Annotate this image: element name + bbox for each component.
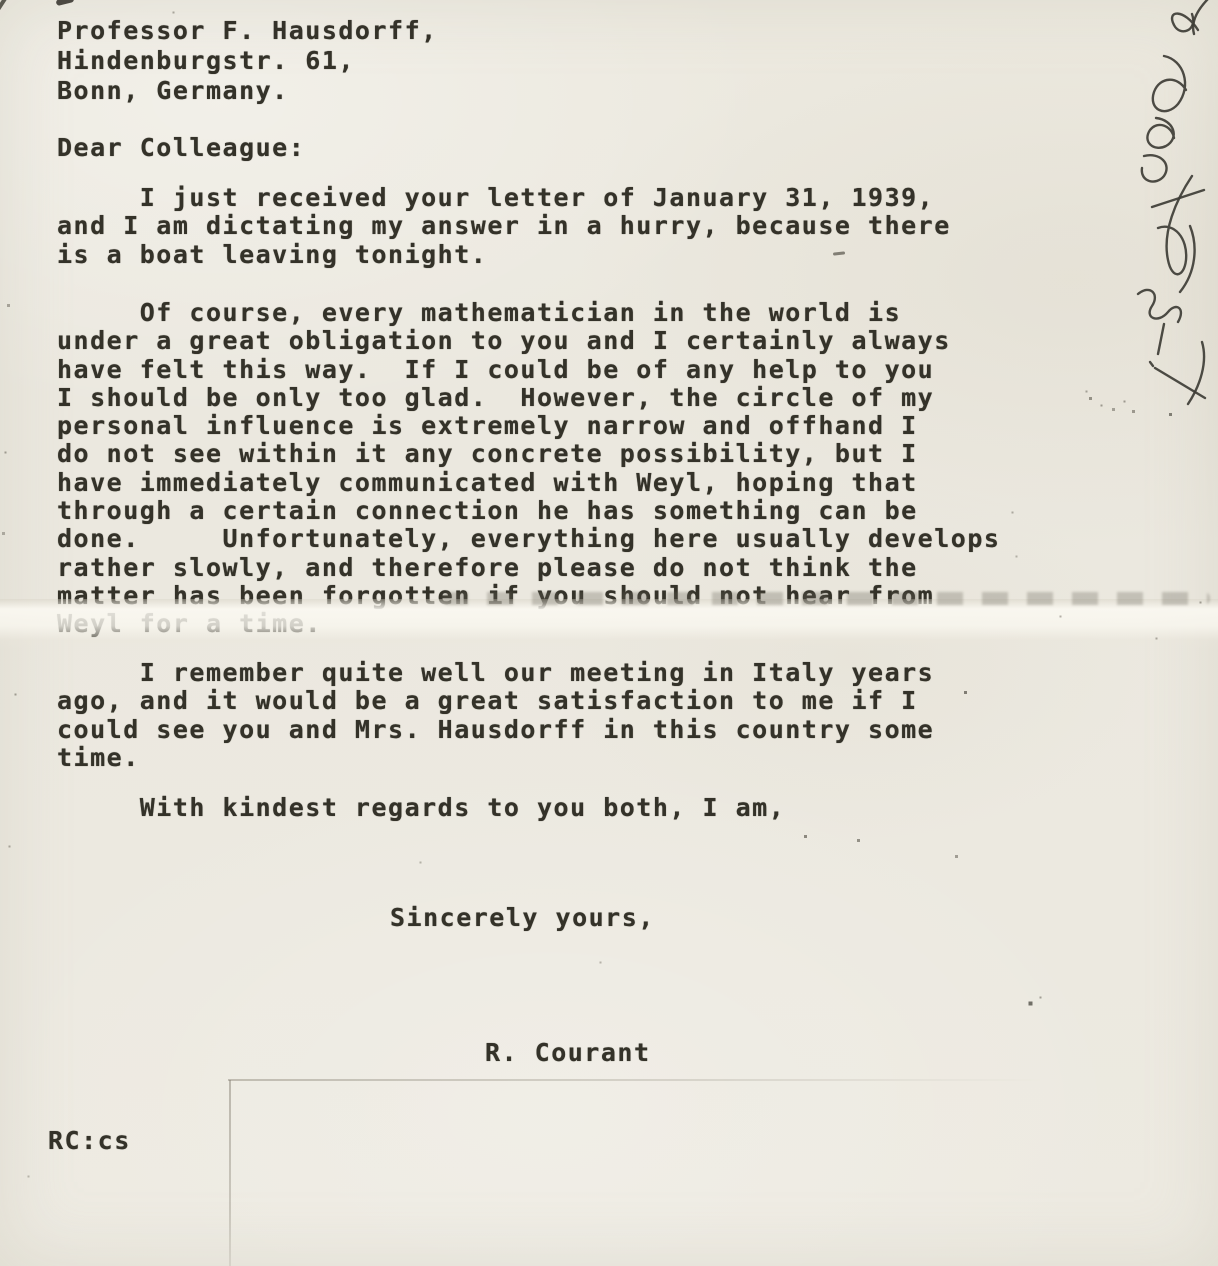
paragraph-4: With kindest regards to you both, I am, [57,794,785,822]
attached-note-outline-left [229,1080,231,1266]
paragraph-2: Of course, every mathematician in the wo… [57,299,1000,639]
paper-fold-crease [0,599,1218,649]
ink-bleed-ghost-marks [442,592,1210,605]
closing-line: Sincerely yours, [390,904,655,932]
attached-note-outline-top [228,1079,1043,1081]
salutation: Dear Colleague: [57,134,305,162]
top-edge-ink-blob [56,0,75,6]
paragraph-3: I remember quite well our meeting in Ita… [57,659,934,772]
corner-scan-mark [0,0,8,20]
signature-name: R. Courant [485,1039,651,1067]
recipient-address: Professor F. Hausdorff, Hindenburgstr. 6… [57,16,438,106]
typist-initials: RC:cs [48,1127,131,1155]
scanned-letter-page: Professor F. Hausdorff, Hindenburgstr. 6… [0,0,1218,1266]
paragraph-1: I just received your letter of January 3… [57,184,951,269]
handwritten-annotation [1080,0,1218,434]
